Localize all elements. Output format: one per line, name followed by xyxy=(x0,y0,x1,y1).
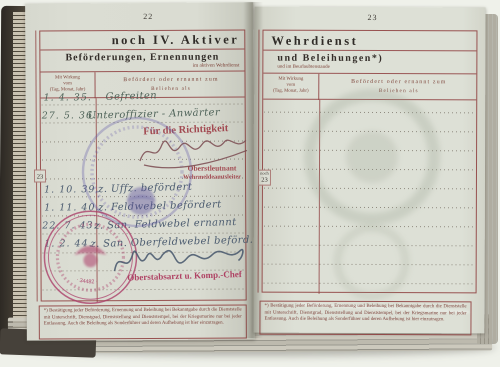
left-footnote: *) Bestätigung jeder Beförderung, Ernenn… xyxy=(39,304,247,339)
entry-date: 22. 7. 43. xyxy=(42,220,97,231)
certify-office-stamp: Wehrmeldeamtsleiter xyxy=(160,173,264,181)
right-page-number: 23 xyxy=(361,13,385,22)
entry-text: Gefreiten xyxy=(105,90,157,102)
entry-date: 1. 4. 35. xyxy=(44,92,92,103)
right-section-header: Wehrdienst xyxy=(271,34,358,48)
left-page-number: 22 xyxy=(133,12,163,21)
left-table-subtitle: im aktiven Wehrdienst xyxy=(193,62,240,68)
right-table-title: und Beleihungen*) xyxy=(277,53,383,64)
right-table-frame: Wehrdienst und Beleihungen*) und im Beur… xyxy=(262,30,478,294)
right-column-header-row: Mit Wirkung vom (Tag, Monat, Jahr) Beför… xyxy=(263,74,476,101)
left-outer-rule xyxy=(35,31,38,302)
left-page: 22 noch IV. Aktiver Beförderungen, Ernen… xyxy=(25,2,255,340)
entry-date: 1. 2. 44. xyxy=(44,238,92,249)
wehrpass-photo: 22 noch IV. Aktiver Beförderungen, Ernen… xyxy=(0,0,500,367)
right-margin-label: noch 23 xyxy=(258,170,271,186)
left-table-title-row: Beförderungen, Ernennungen im aktiven We… xyxy=(40,49,244,72)
left-section-header: noch IV. Aktiver xyxy=(112,32,240,47)
right-outer-rule xyxy=(258,30,260,293)
right-page: 23 Wehrdienst und Beleihungen*) und im B… xyxy=(253,7,485,334)
right-col2-header: Befördert oder ernannt zum Beliehen als xyxy=(319,78,478,96)
right-footnote: *) Bestätigung jeder Beförderung, Ernenn… xyxy=(259,301,471,336)
left-margin-label: 23 xyxy=(34,169,46,182)
right-table-subtitle: und im Beurlaubtenstande xyxy=(277,65,330,70)
entry-date: 1. 10. 39. xyxy=(44,184,99,195)
right-section-header-row: Wehrdienst xyxy=(263,31,476,52)
right-col1-header: Mit Wirkung vom (Tag, Monat, Jahr) xyxy=(263,74,319,100)
left-column-divider xyxy=(96,98,98,302)
certify-rank-stamp: Oberstleutnant xyxy=(164,163,260,173)
right-table-title-row: und Beleihungen*) und im Beurlaubtenstan… xyxy=(263,51,476,75)
left-section-header-row: noch IV. Aktiver xyxy=(40,30,244,50)
entry-date: 1. 11. 40. xyxy=(44,202,99,213)
